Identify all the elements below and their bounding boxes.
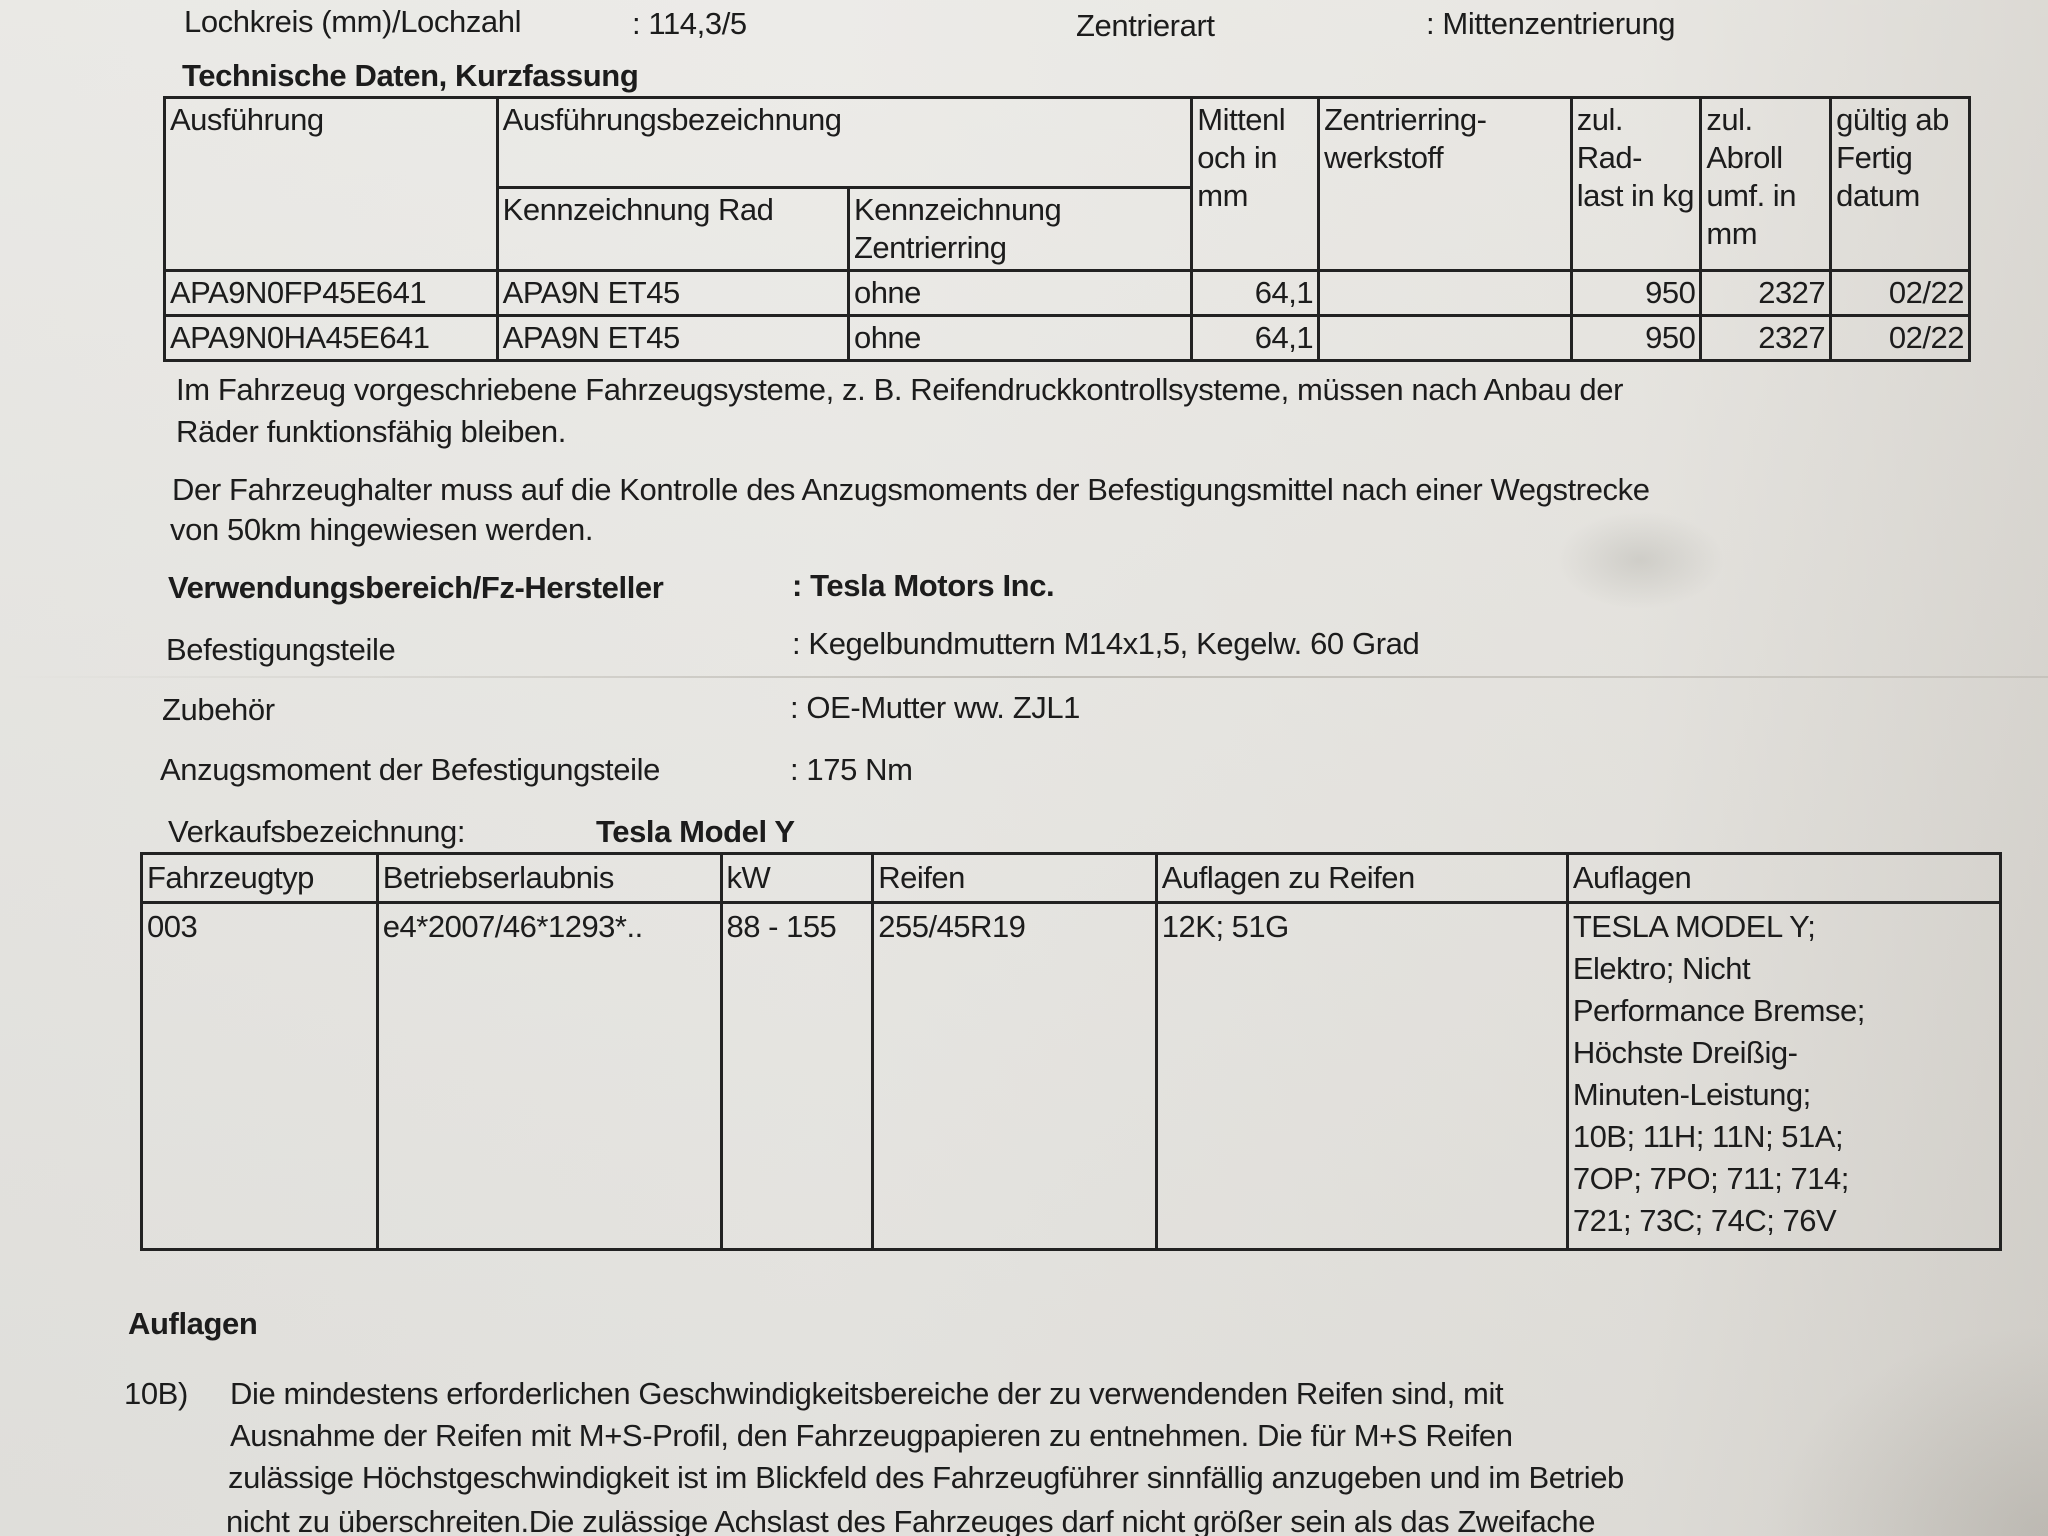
paper-fold-line <box>0 676 2048 678</box>
cell-zentrierring-werkstoff <box>1319 316 1572 361</box>
cell-gueltig-ab: 02/22 <box>1831 316 1970 361</box>
cell-fahrzeugtyp: 003 <box>142 903 378 1250</box>
cell-gueltig-ab: 02/22 <box>1831 271 1970 316</box>
header-fahrzeugtyp: Fahrzeugtyp <box>142 854 378 903</box>
lochkreis-label: Lochkreis (mm)/Lochzahl <box>184 4 521 40</box>
vehicle-table: Fahrzeugtyp Betriebserlaubnis kW Reifen … <box>140 852 2002 1251</box>
auflagen-line-2: Ausnahme der Reifen mit M+S-Profil, den … <box>230 1418 1513 1454</box>
header-reifen: Reifen <box>873 854 1157 903</box>
header-betriebserlaubnis: Betriebserlaubnis <box>377 854 721 903</box>
auflagen-line-1: Die mindestens erforderlichen Geschwindi… <box>230 1376 1503 1412</box>
zentrierart-value: : Mittenzentrierung <box>1426 6 1675 42</box>
cell-kennzeichnung-zentrierring: ohne <box>848 271 1191 316</box>
spec-value-zubehoer: : OE-Mutter ww. ZJL1 <box>790 690 1080 726</box>
auflagen-line: Performance Bremse; <box>1573 990 1995 1032</box>
header-auflagen-reifen: Auflagen zu Reifen <box>1156 854 1567 903</box>
header-kennzeichnung-zentrierring: Kennzeichnung Zentrierring <box>848 188 1191 271</box>
auflagen-line-4: nicht zu überschreiten.Die zulässige Ach… <box>226 1504 1595 1536</box>
cell-radlast: 950 <box>1571 316 1701 361</box>
auflagen-title: Auflagen <box>128 1306 257 1342</box>
cell-auflagen-reifen: 12K; 51G <box>1156 903 1567 1250</box>
cell-abrollumfang: 2327 <box>1701 271 1831 316</box>
spec-value-anzugsmoment: : 175 Nm <box>790 752 913 788</box>
cell-betriebserlaubnis: e4*2007/46*1293*.. <box>377 903 721 1250</box>
tech-data-table: Ausführung Ausführungsbezeichnung Mitten… <box>163 96 1971 362</box>
paragraph-torque-line1: Der Fahrzeughalter muss auf die Kontroll… <box>172 472 1650 508</box>
header-auflagen: Auflagen <box>1567 854 2000 903</box>
auflagen-line: 7OP; 7PO; 711; 714; <box>1573 1158 1995 1200</box>
cell-kennzeichnung-rad: APA9N ET45 <box>497 316 848 361</box>
cell-abrollumfang: 2327 <box>1701 316 1831 361</box>
spec-label-hersteller: Verwendungsbereich/Fz-Hersteller <box>168 570 663 606</box>
paragraph-systems-line2: Räder funktionsfähig bleiben. <box>176 414 566 450</box>
cell-reifen: 255/45R19 <box>873 903 1157 1250</box>
auflagen-line: Minuten-Leistung; <box>1573 1074 1995 1116</box>
header-gueltig-ab: gültig ab Fertig datum <box>1831 98 1970 271</box>
header-zentrierring-werkstoff: Zentrierring- werkstoff <box>1319 98 1572 271</box>
lochkreis-value: : 114,3/5 <box>632 6 747 42</box>
header-radlast: zul. Rad- last in kg <box>1571 98 1701 271</box>
verkauf-label: Verkaufsbezeichnung: <box>168 814 465 850</box>
auflagen-line: 721; 73C; 74C; 76V <box>1573 1200 1995 1242</box>
spec-label-befestigungsteile: Befestigungsteile <box>166 632 395 668</box>
table-row: 003 e4*2007/46*1293*.. 88 - 155 255/45R1… <box>142 903 2001 1250</box>
cell-mittenloch: 64,1 <box>1192 271 1319 316</box>
header-ausfuehrung: Ausführung <box>165 98 498 271</box>
auflagen-item-code: 10B) <box>124 1376 188 1412</box>
table-row: APA9N0HA45E641 APA9N ET45 ohne 64,1 950 … <box>165 316 1970 361</box>
header-ausfuehrungsbezeichnung: Ausführungsbezeichnung <box>497 98 1192 188</box>
cell-ausfuehrung: APA9N0FP45E641 <box>165 271 498 316</box>
header-abrollumfang: zul. Abroll umf. in mm <box>1701 98 1831 271</box>
header-mittenloch: Mittenl och in mm <box>1192 98 1319 271</box>
auflagen-line-3: zulässige Höchstgeschwindigkeit ist im B… <box>228 1460 1624 1496</box>
cell-kennzeichnung-rad: APA9N ET45 <box>497 271 848 316</box>
paragraph-torque-line2: von 50km hingewiesen werden. <box>170 512 593 548</box>
spec-value-befestigungsteile: : Kegelbundmuttern M14x1,5, Kegelw. 60 G… <box>792 626 1419 662</box>
cell-kennzeichnung-zentrierring: ohne <box>848 316 1191 361</box>
spec-value-hersteller: : Tesla Motors Inc. <box>792 568 1054 604</box>
spec-label-zubehoer: Zubehör <box>162 692 275 728</box>
paragraph-systems-line1: Im Fahrzeug vorgeschriebene Fahrzeugsyst… <box>176 372 1623 408</box>
header-kw: kW <box>721 854 873 903</box>
cell-auflagen: TESLA MODEL Y; Elektro; Nicht Performanc… <box>1567 903 2000 1250</box>
auflagen-line: Höchste Dreißig- <box>1573 1032 1995 1074</box>
zentrierart-label: Zentrierart <box>1076 8 1215 44</box>
cell-zentrierring-werkstoff <box>1319 271 1572 316</box>
auflagen-line: TESLA MODEL Y; <box>1573 906 1995 948</box>
verkauf-value: Tesla Model Y <box>596 814 795 850</box>
cell-mittenloch: 64,1 <box>1192 316 1319 361</box>
cell-ausfuehrung: APA9N0HA45E641 <box>165 316 498 361</box>
auflagen-line: Elektro; Nicht <box>1573 948 1995 990</box>
auflagen-line: 10B; 11H; 11N; 51A; <box>1573 1116 1995 1158</box>
cell-kw: 88 - 155 <box>721 903 873 1250</box>
table-row: APA9N0FP45E641 APA9N ET45 ohne 64,1 950 … <box>165 271 1970 316</box>
cell-radlast: 950 <box>1571 271 1701 316</box>
spec-label-anzugsmoment: Anzugsmoment der Befestigungsteile <box>160 752 660 788</box>
header-kennzeichnung-rad: Kennzeichnung Rad <box>497 188 848 271</box>
tech-section-title: Technische Daten, Kurzfassung <box>182 58 638 94</box>
